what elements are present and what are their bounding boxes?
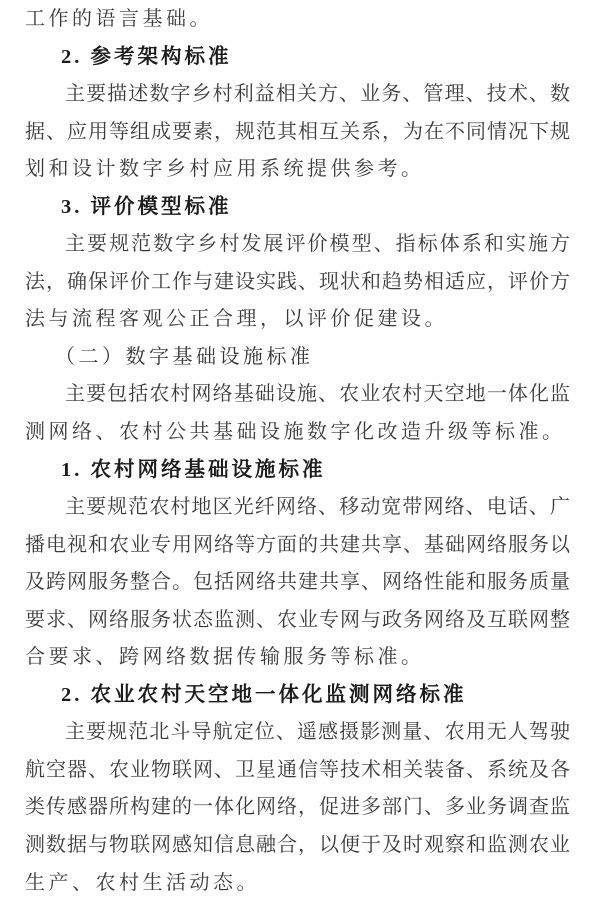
paragraph-line: 生产、农村生活动态。 — [25, 865, 570, 903]
numbered-heading: 2. 参考架构标准 — [25, 39, 570, 77]
paragraph-line: 要求、网络服务状态监测、农业专网与政务网络及互联网整 — [25, 602, 570, 640]
document-page: 工作的语言基础。 2. 参考架构标准 主要描述数字乡村利益相关方、业务、管理、技… — [0, 0, 594, 903]
paragraph-line: 主要规范北斗导航定位、遥感摄影测量、农用无人驾驶 — [25, 714, 570, 752]
paragraph-line: 测数据与物联网感知信息融合，以便于及时观察和监测农业 — [25, 827, 570, 865]
paragraph-line: 法，确保评价工作与建设实践、现状和趋势相适应，评价方 — [25, 264, 570, 302]
paragraph-line: 主要规范农村地区光纤网络、移动宽带网络、电话、广 — [25, 489, 570, 527]
paragraph-line: 测网络、农村公共基础设施数字化改造升级等标准。 — [25, 414, 570, 452]
paragraph-line: 类传感器所构建的一体化网络，促进多部门、多业务调查监 — [25, 789, 570, 827]
paragraph-line: 主要包括农村网络基础设施、农业农村天空地一体化监 — [25, 376, 570, 414]
paragraph-line: 播电视和农业专用网络等方面的共建共享、基础网络服务以 — [25, 527, 570, 565]
paragraph-line: 航空器、农业物联网、卫星通信等技术相关装备、系统及各 — [25, 752, 570, 790]
paragraph-line: 工作的语言基础。 — [25, 1, 570, 39]
paragraph-line: 及跨网服务整合。包括网络共建共享、网络性能和服务质量 — [25, 564, 570, 602]
paragraph-line: 据、应用等组成要素，规范其相互关系，为在不同情况下规 — [25, 114, 570, 152]
paragraph-line: 主要规范数字乡村发展评价模型、指标体系和实施方 — [25, 226, 570, 264]
paragraph-line: 合要求、跨网络数据传输服务等标准。 — [25, 639, 570, 677]
numbered-heading: 2. 农业农村天空地一体化监测网络标准 — [25, 677, 570, 715]
paragraph-line: 法与流程客观公正合理，以评价促建设。 — [25, 301, 570, 339]
numbered-heading: 3. 评价模型标准 — [25, 189, 570, 227]
paragraph-line: 主要描述数字乡村利益相关方、业务、管理、技术、数 — [25, 76, 570, 114]
subsection-heading: （二）数字基础设施标准 — [25, 339, 570, 377]
numbered-heading: 1. 农村网络基础设施标准 — [25, 452, 570, 490]
paragraph-line: 划和设计数字乡村应用系统提供参考。 — [25, 151, 570, 189]
